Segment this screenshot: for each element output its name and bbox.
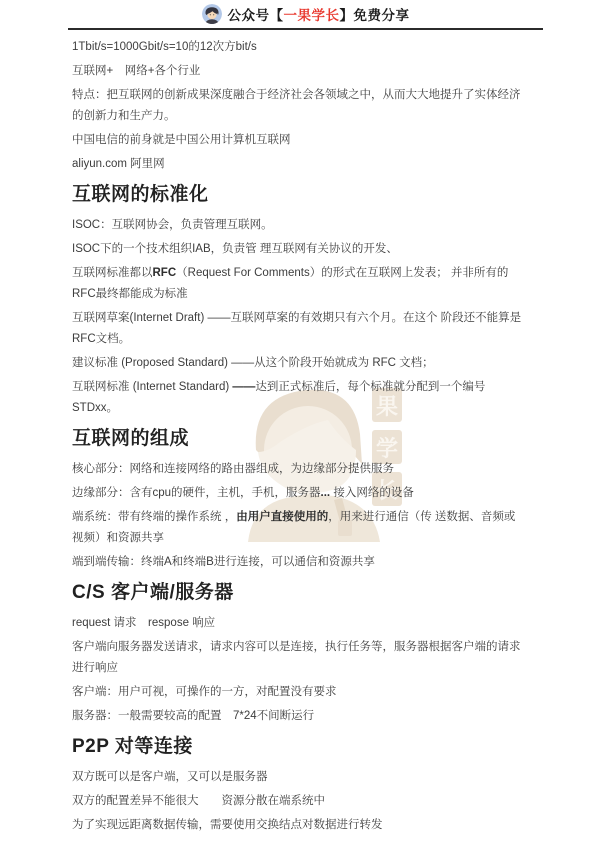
- text-run: 接入网络的设备: [330, 487, 414, 499]
- text-run: 】免费分享: [340, 8, 410, 23]
- paragraph: 双方的配置差异不能很大 资源分散在端系统中: [72, 791, 524, 812]
- paragraph: 中国电信的前身就是中国公用计算机互联网: [72, 130, 524, 151]
- paragraph: 客户端：用户可视，可操作的一方，对配置没有要求: [72, 682, 524, 703]
- document-page: 果 学 长 公众号【一果学长】免费分享 1Tbit/s=1000Gbit/s=1…: [0, 0, 596, 842]
- paragraph: 互联网标准都以RFC（Request For Comments）的形式在互联网上…: [72, 263, 524, 305]
- page-header: 公众号【一果学长】免费分享: [68, 0, 543, 30]
- text-run: 端系统：带有终端的操作系统 ，: [72, 511, 236, 523]
- text-run: 中国电信的前身就是中国公用计算机互联网: [72, 134, 291, 146]
- section-heading: C/S 客户端/服务器: [72, 581, 524, 605]
- paragraph: 互联网+ 网络+各个行业: [72, 61, 524, 82]
- text-run: 由用户直接使用的: [236, 511, 328, 523]
- section-heading: P2P 对等连接: [72, 735, 524, 759]
- text-run: 客户端向服务器发送请求，请求内容可以是连接，执行任务等，服务器根据客户端的请求进…: [72, 641, 521, 674]
- paragraph: 为了实现远距离数据传输，需要使用交换结点对数据进行转发: [72, 815, 524, 836]
- paragraph: 端到端传输：终端A和终端B进行连接，可以通信和资源共享: [72, 552, 524, 573]
- paragraph: 端系统：带有终端的操作系统 ，由用户直接使用的，用来进行通信（传 送数据、音频或…: [72, 507, 524, 549]
- text-run: C/S 客户端/服务器: [72, 582, 234, 603]
- text-run: ISOC下的一个技术组织IAB，负责管 理互联网有关协议的开发、: [72, 243, 398, 255]
- text-run: 双方的配置差异不能很大 资源分散在端系统中: [72, 795, 325, 807]
- text-run: 互联网标准 (Internet Standard): [72, 381, 232, 393]
- paragraph: 特点：把互联网的创新成果深度融合于经济社会各领域之中，从而大大地提升了实体经济的…: [72, 85, 524, 127]
- text-run: aliyun.com 阿里网: [72, 158, 165, 170]
- text-run: 互联网+ 网络+各个行业: [72, 65, 200, 77]
- paragraph: 双方既可以是客户端，又可以是服务器: [72, 767, 524, 788]
- paragraph: 互联网标准 (Internet Standard) ——达到正式标准后，每个标准…: [72, 377, 524, 419]
- text-run: 互联网的标准化: [72, 184, 209, 205]
- text-run: P2P 对等连接: [72, 736, 193, 757]
- text-run: request 请求 respose 响应: [72, 617, 215, 629]
- text-run: ——: [232, 381, 255, 393]
- text-run: 服务器：一般需要较高的配置 7*24不间断运行: [72, 710, 314, 722]
- text-run: RFC: [153, 267, 177, 279]
- text-run: 双方既可以是客户端，又可以是服务器: [72, 771, 268, 783]
- section-heading: 互联网的标准化: [72, 183, 524, 207]
- text-run: 建议标准 (Proposed Standard) ——从这个阶段开始就成为 RF…: [72, 357, 434, 369]
- paragraph: aliyun.com 阿里网: [72, 154, 524, 175]
- text-run: 特点：把互联网的创新成果深度融合于经济社会各领域之中，从而大大地提升了实体经济的…: [72, 89, 521, 122]
- paragraph: 1Tbit/s=1000Gbit/s=10的12次方bit/s: [72, 37, 524, 58]
- paragraph: 核心部分：网络和连接网络的路由器组成，为边缘部分提供服务: [72, 459, 524, 480]
- paragraph: 互联网草案(Internet Draft) ——互联网草案的有效期只有六个月。在…: [72, 308, 524, 350]
- header-title: 公众号【一果学长】免费分享: [228, 4, 410, 24]
- paragraph: 建议标准 (Proposed Standard) ——从这个阶段开始就成为 RF…: [72, 353, 524, 374]
- text-run: 互联网标准都以: [72, 267, 153, 279]
- text-run: ISOC：互联网协会，负责管理互联网。: [72, 219, 273, 231]
- paragraph: 客户端向服务器发送请求，请求内容可以是连接，执行任务等，服务器根据客户端的请求进…: [72, 637, 524, 679]
- document-body: 1Tbit/s=1000Gbit/s=10的12次方bit/s互联网+ 网络+各…: [0, 30, 596, 836]
- text-run: 公众号【: [228, 8, 284, 23]
- text-run: 边缘部分：含有cpu的硬件，主机，手机，服务器: [72, 487, 321, 499]
- section-heading: 互联网的组成: [72, 427, 524, 451]
- cartoon-boy-avatar-icon: [202, 4, 222, 24]
- text-run: 为了实现远距离数据传输，需要使用交换结点对数据进行转发: [72, 819, 383, 831]
- paragraph: 边缘部分：含有cpu的硬件，主机，手机，服务器... 接入网络的设备: [72, 483, 524, 504]
- paragraph: ISOC下的一个技术组织IAB，负责管 理互联网有关协议的开发、: [72, 239, 524, 260]
- text-run: 核心部分：网络和连接网络的路由器组成，为边缘部分提供服务: [72, 463, 394, 475]
- text-run: 一果学长: [284, 8, 340, 23]
- text-run: 互联网的组成: [72, 428, 189, 449]
- text-run: 互联网草案(Internet Draft) ——互联网草案的有效期只有六个月。在…: [72, 312, 521, 345]
- text-run: 1Tbit/s=1000Gbit/s=10的12次方bit/s: [72, 41, 257, 53]
- text-run: ...: [321, 487, 331, 499]
- text-run: 端到端传输：终端A和终端B进行连接，可以通信和资源共享: [72, 556, 375, 568]
- paragraph: ISOC：互联网协会，负责管理互联网。: [72, 215, 524, 236]
- paragraph: 服务器：一般需要较高的配置 7*24不间断运行: [72, 706, 524, 727]
- text-run: 客户端：用户可视，可操作的一方，对配置没有要求: [72, 686, 337, 698]
- paragraph: request 请求 respose 响应: [72, 613, 524, 634]
